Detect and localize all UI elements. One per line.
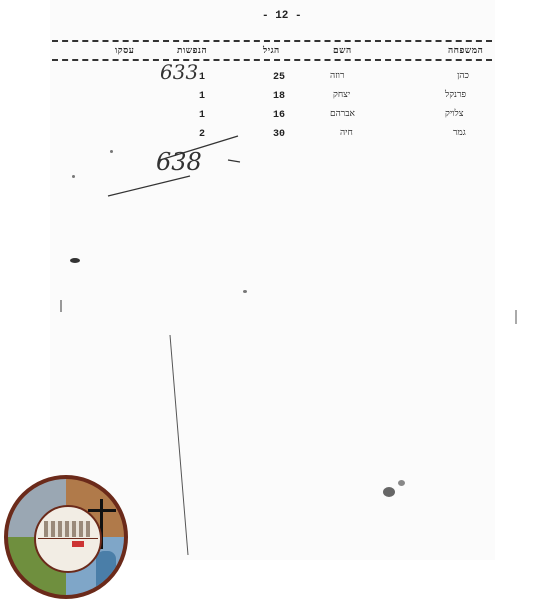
circular-collage-logo	[4, 475, 128, 599]
person-figure	[96, 551, 116, 589]
logo-center-emblem	[34, 505, 102, 573]
